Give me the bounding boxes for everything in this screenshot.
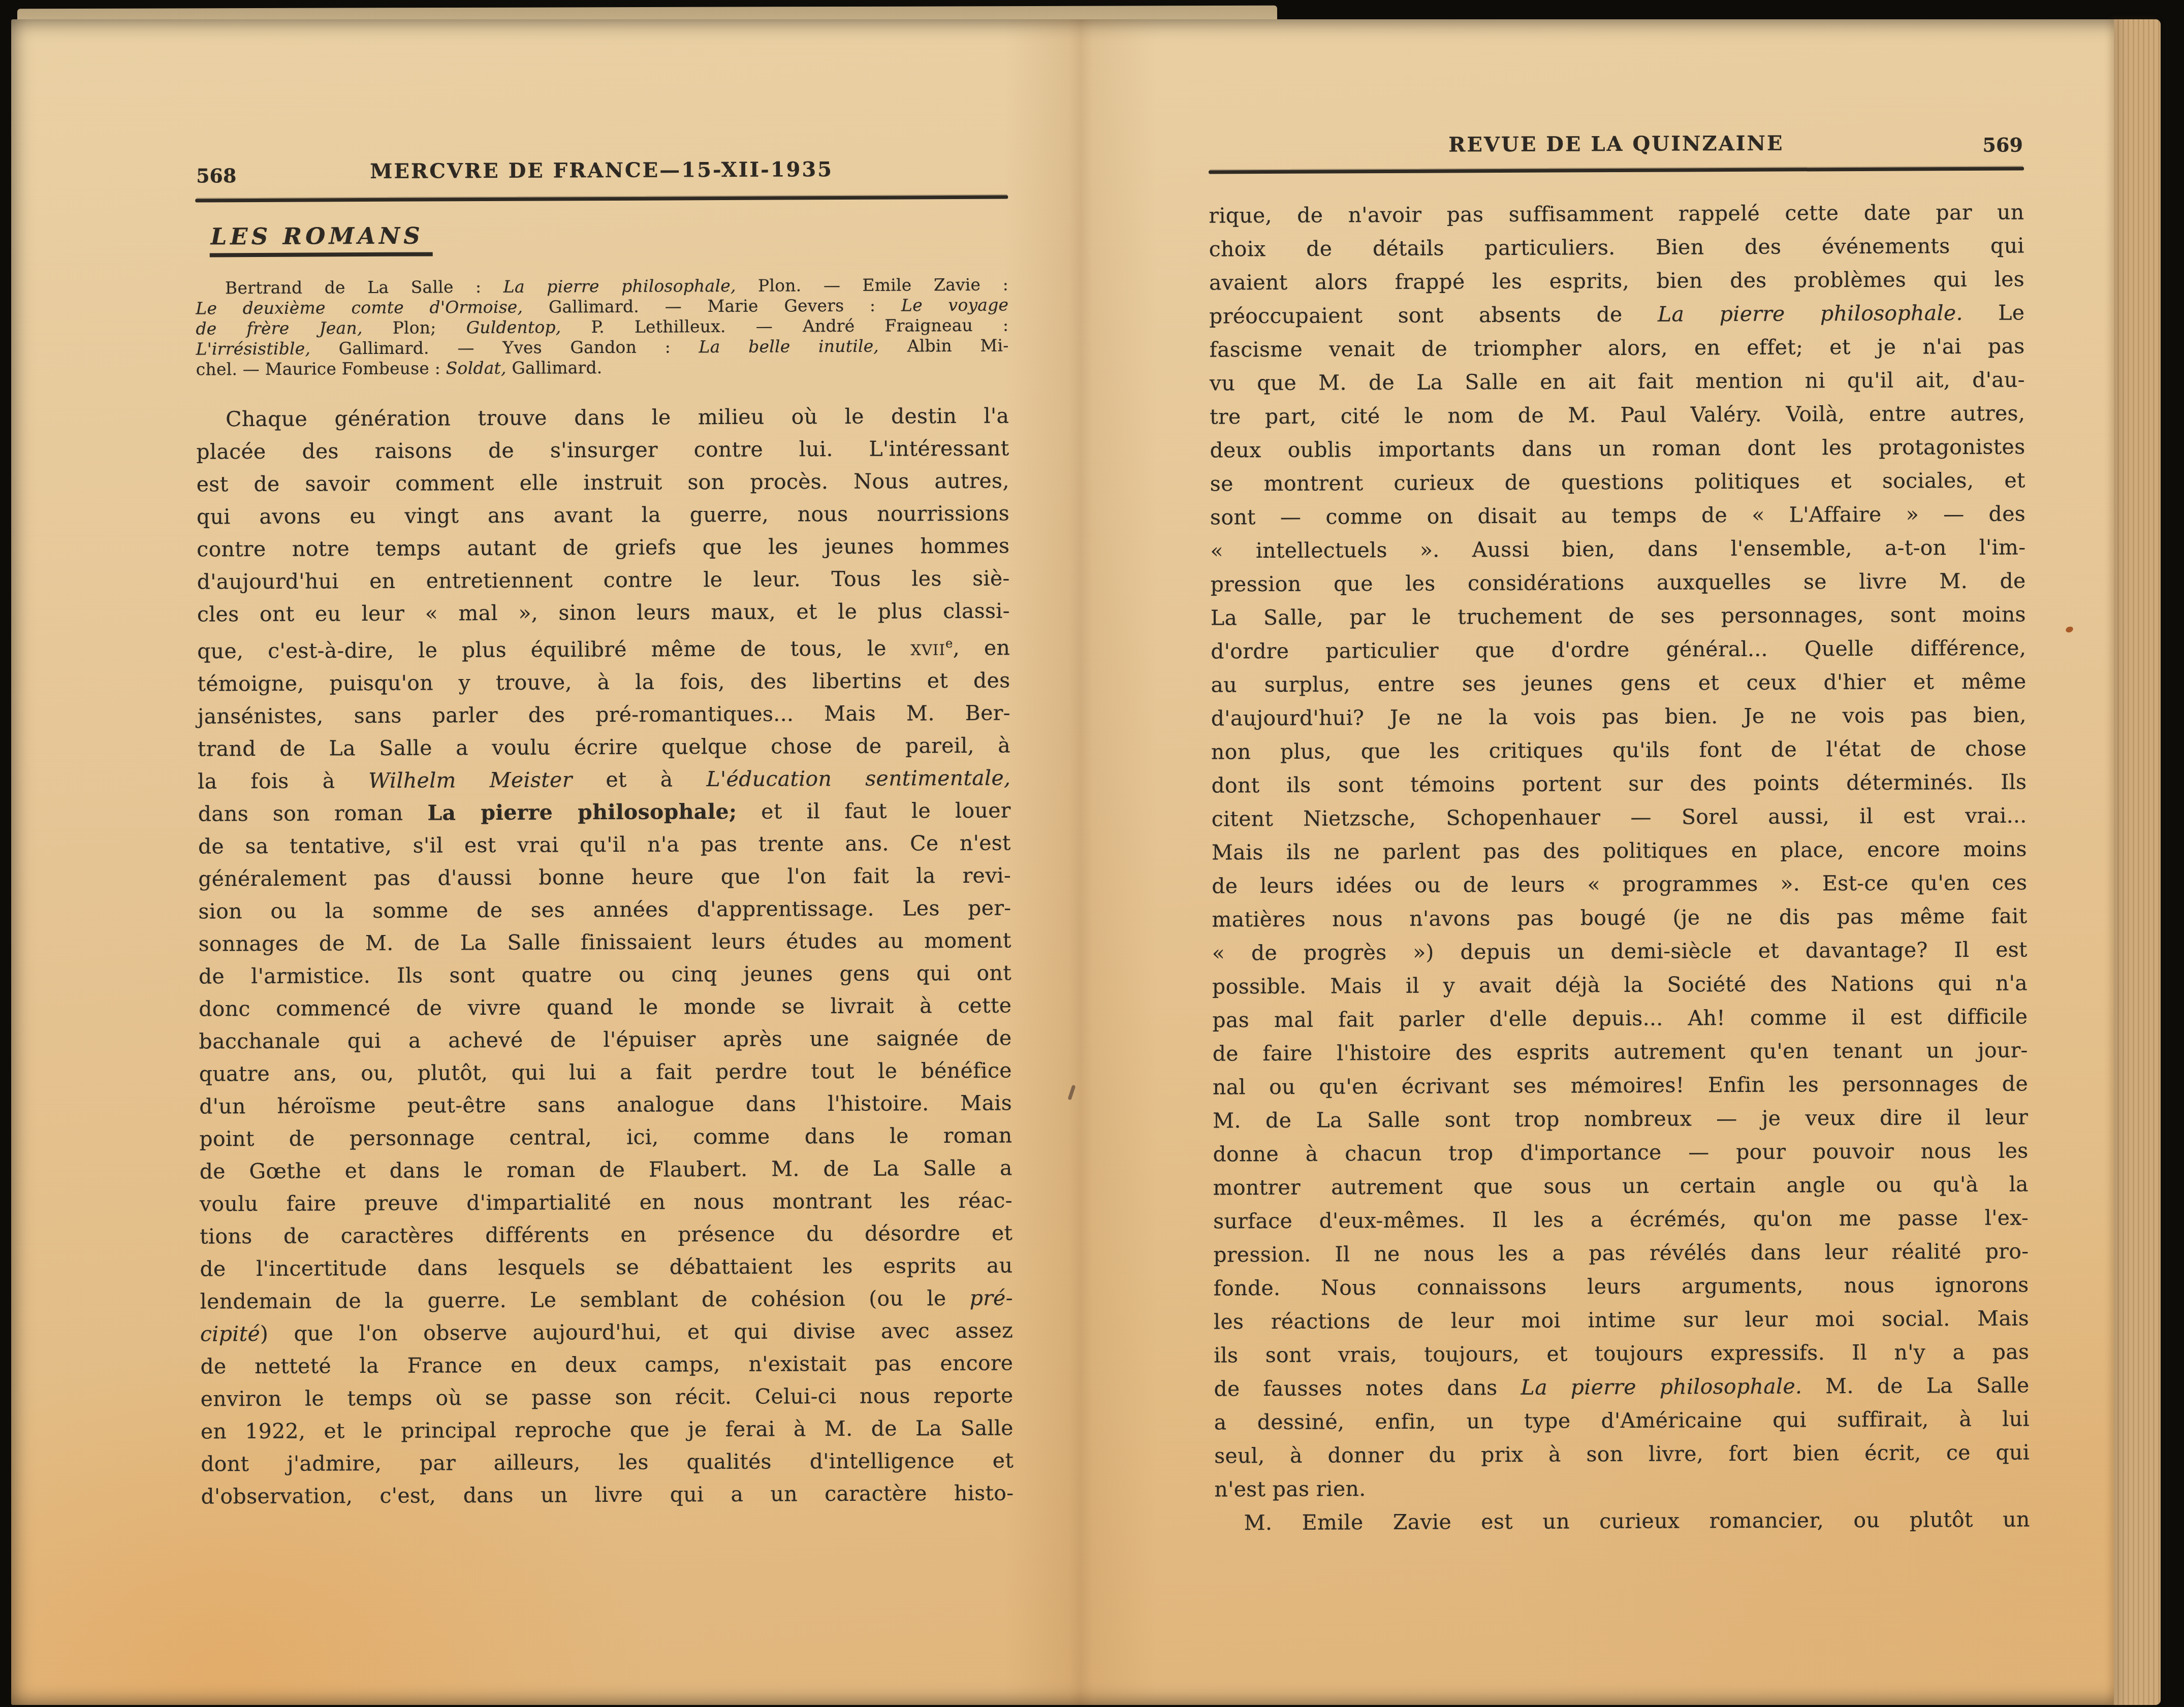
text-line: Chaque génération trouve dans le milieu … bbox=[196, 400, 1009, 436]
right-page: REVUE DE LA QUINZAINE 569 rique, de n'av… bbox=[1208, 18, 2031, 1705]
text-line: point de personnage central, ici, comme … bbox=[199, 1119, 1012, 1155]
text-line: Mais ils ne parlent pas des politiques e… bbox=[1212, 832, 2027, 869]
text-line: a dessiné, enfin, un type d'Américaine q… bbox=[1214, 1402, 2030, 1439]
text-line: avaient alors frappé les esprits, bien d… bbox=[1209, 263, 2024, 300]
right-page-number: 569 bbox=[1982, 134, 2023, 156]
text-line: environ le temps où se passe son récit. … bbox=[200, 1379, 1013, 1415]
text-line: dans son roman La pierre philosophale; e… bbox=[198, 794, 1010, 830]
bibliography-block: Bertrand de La Salle : La pierre philoso… bbox=[196, 275, 1009, 380]
text-line: dont ils sont témoins portent sur des po… bbox=[1211, 765, 2027, 802]
text-line: Bertrand de La Salle : La pierre philoso… bbox=[196, 275, 1008, 299]
text-line: est de savoir comment elle instruit son … bbox=[197, 465, 1009, 501]
text-line: « de progrès ») depuis un demi-siècle et… bbox=[1212, 932, 2028, 970]
text-line: de l'armistice. Ils sont quatre ou cinq … bbox=[199, 956, 1011, 992]
text-line: la fois à Wilhelm Meister et à L'éducati… bbox=[198, 761, 1010, 797]
text-line: n'est pas rien. bbox=[1214, 1469, 2030, 1506]
text-line: Le deuxième comte d'Ormoise, Gallimard. … bbox=[196, 295, 1008, 319]
text-line: de fausses notes dans La pierre philosop… bbox=[1214, 1368, 2029, 1405]
text-line: seul, à donner du prix à son livre, fort… bbox=[1214, 1435, 2030, 1472]
text-line: choix de détails particuliers. Bien des … bbox=[1209, 229, 2024, 266]
text-line: fascisme venait de triompher alors, en e… bbox=[1209, 330, 2024, 367]
scan-canvas: 568 MERCVRE DE FRANCE—15-XII-1935 LES RO… bbox=[0, 0, 2184, 1705]
left-running-title: MERCVRE DE FRANCE—15-XII-1935 bbox=[195, 157, 1008, 184]
left-header-rule bbox=[195, 196, 1008, 203]
text-line: surface d'eux-mêmes. Il les a écrémés, q… bbox=[1213, 1201, 2029, 1238]
text-line: fonde. Nous connaissons leurs arguments,… bbox=[1214, 1268, 2029, 1305]
text-line: La Salle, par le truchement de ses perso… bbox=[1211, 598, 2026, 635]
text-line: « intellectuels ». Aussi bien, dans l'en… bbox=[1210, 531, 2025, 568]
text-line: placée des raisons de s'insurger contre … bbox=[196, 432, 1009, 468]
text-line: de frère Jean, Plon; Guldentop, P. Lethi… bbox=[196, 315, 1008, 339]
text-line: voulu faire preuve d'impartialité en nou… bbox=[200, 1184, 1012, 1220]
text-line: de faire l'histoire des esprits autremen… bbox=[1212, 1033, 2028, 1070]
text-line: L'irrésistible, Gallimard. — Yves Gandon… bbox=[196, 336, 1008, 360]
left-body-text: Chaque génération trouve dans le milieu … bbox=[196, 400, 1014, 1513]
text-line: les réactions de leur moi intime sur leu… bbox=[1214, 1301, 2029, 1338]
right-running-title: REVUE DE LA QUINZAINE bbox=[1209, 131, 2024, 158]
text-line: pression que les considérations auxquell… bbox=[1210, 564, 2025, 601]
text-line: d'un héroïsme peut-être sans analogue da… bbox=[199, 1086, 1012, 1122]
text-line: donne à chacun trop d'importance — pour … bbox=[1213, 1134, 2028, 1171]
left-page: 568 MERCVRE DE FRANCE—15-XII-1935 LES RO… bbox=[195, 18, 1015, 1705]
text-line: lendemain de la guerre. Le semblant de c… bbox=[200, 1281, 1013, 1317]
text-line: sonnages de M. de La Salle finissaient l… bbox=[199, 924, 1011, 960]
text-line: trand de La Salle a voulu écrire quelque… bbox=[198, 729, 1010, 765]
text-line: donc commencé de vivre quand le monde se… bbox=[199, 989, 1011, 1025]
text-line: citent Nietzsche, Schopenhauer — Sorel a… bbox=[1211, 798, 2027, 835]
section-heading: LES ROMANS bbox=[210, 222, 433, 257]
text-line: de l'incertitude dans lesquels se débatt… bbox=[200, 1249, 1012, 1285]
text-line: sont — comme on disait au temps de « L'A… bbox=[1210, 497, 2025, 534]
text-line: M. de La Salle sont trop nombreux — je v… bbox=[1213, 1100, 2028, 1137]
text-line: nal ou qu'en écrivant ses mémoires! Enfi… bbox=[1213, 1067, 2028, 1104]
text-line: jansénistes, sans parler des pré-romanti… bbox=[198, 696, 1010, 732]
text-line: d'observation, c'est, dans un livre qui … bbox=[201, 1476, 1014, 1512]
text-line: généralement pas d'aussi bonne heure que… bbox=[198, 859, 1011, 895]
text-line: cles ont eu leur « mal », sinon leurs ma… bbox=[197, 595, 1010, 631]
text-line: qui avons eu vingt ans avant la guerre, … bbox=[197, 497, 1009, 533]
text-line: de leurs idées ou de leurs « programmes … bbox=[1212, 865, 2027, 903]
text-line: dont j'admire, par ailleurs, les qualité… bbox=[201, 1444, 1014, 1480]
text-line: d'ordre particulier que d'ordre général.… bbox=[1211, 631, 2026, 668]
text-line: de Gœthe et dans le roman de Flaubert. M… bbox=[200, 1151, 1012, 1187]
text-line: sion ou la somme de ses années d'apprent… bbox=[198, 891, 1011, 927]
text-line: au surplus, entre ses jeunes gens et ceu… bbox=[1211, 665, 2026, 702]
text-line: tre part, cité le nom de M. Paul Valéry.… bbox=[1210, 397, 2025, 434]
text-line: se montrent curieux de questions politiq… bbox=[1210, 464, 2025, 501]
text-line: pas mal fait parler d'elle depuis... Ah!… bbox=[1212, 1000, 2028, 1037]
text-line: tions de caractères différents en présen… bbox=[200, 1216, 1012, 1252]
text-line: cipité) que l'on observe aujourd'hui, et… bbox=[200, 1314, 1013, 1350]
text-line: non plus, que les critiques qu'ils font … bbox=[1211, 732, 2027, 769]
text-line: de sa tentative, s'il est vrai qu'il n'a… bbox=[198, 826, 1011, 862]
text-line: matières nous n'avons pas bougé (je ne d… bbox=[1212, 899, 2027, 936]
text-line: vu que M. de La Salle en ait fait mentio… bbox=[1210, 363, 2025, 400]
right-body-text: rique, de n'avoir pas suffisamment rappe… bbox=[1209, 196, 2030, 1540]
book-gutter-shadow bbox=[1004, 19, 1157, 1705]
text-line: en 1922, et le principal reproche que je… bbox=[201, 1411, 1014, 1447]
text-line: témoigne, puisqu'on y trouve, à la fois,… bbox=[197, 664, 1010, 700]
text-line: d'aujourd'hui? Je ne la vois pas bien. J… bbox=[1211, 698, 2027, 735]
text-line: rique, de n'avoir pas suffisamment rappe… bbox=[1209, 196, 2024, 233]
book-spread: 568 MERCVRE DE FRANCE—15-XII-1935 LES RO… bbox=[11, 19, 2161, 1705]
page-stack-fore-edge bbox=[2114, 19, 2161, 1705]
right-header-rule bbox=[1209, 167, 2024, 174]
text-line: que, c'est-à-dire, le plus équilibré mêm… bbox=[197, 627, 1010, 668]
text-line: possible. Mais il y avait déjà la Sociét… bbox=[1212, 966, 2028, 1003]
text-line: quatre ans, ou, plutôt, qui lui a fait p… bbox=[199, 1054, 1012, 1090]
text-line: bacchanale qui a achevé de l'épuiser apr… bbox=[199, 1021, 1011, 1057]
text-line: deux oublis importants dans un roman don… bbox=[1210, 430, 2025, 467]
text-line: pression. Il ne nous les a pas révélés d… bbox=[1213, 1234, 2029, 1271]
text-line: M. Emile Zavie est un curieux romancier,… bbox=[1215, 1502, 2030, 1539]
text-line: d'aujourd'hui en entretiennent contre le… bbox=[197, 562, 1009, 598]
text-line: chel. — Maurice Fombeuse : Soldat, Galli… bbox=[196, 356, 1009, 380]
text-line: préoccupaient sont absents de La pierre … bbox=[1209, 296, 2024, 333]
text-line: contre notre temps autant de griefs que … bbox=[197, 530, 1009, 566]
text-line: ils sont vrais, toujours, et toujours ex… bbox=[1214, 1335, 2029, 1372]
text-line: de netteté la France en deux camps, n'ex… bbox=[200, 1346, 1013, 1382]
text-line: montrer autrement que sous un certain an… bbox=[1213, 1167, 2029, 1204]
paper-speck bbox=[2065, 626, 2074, 633]
